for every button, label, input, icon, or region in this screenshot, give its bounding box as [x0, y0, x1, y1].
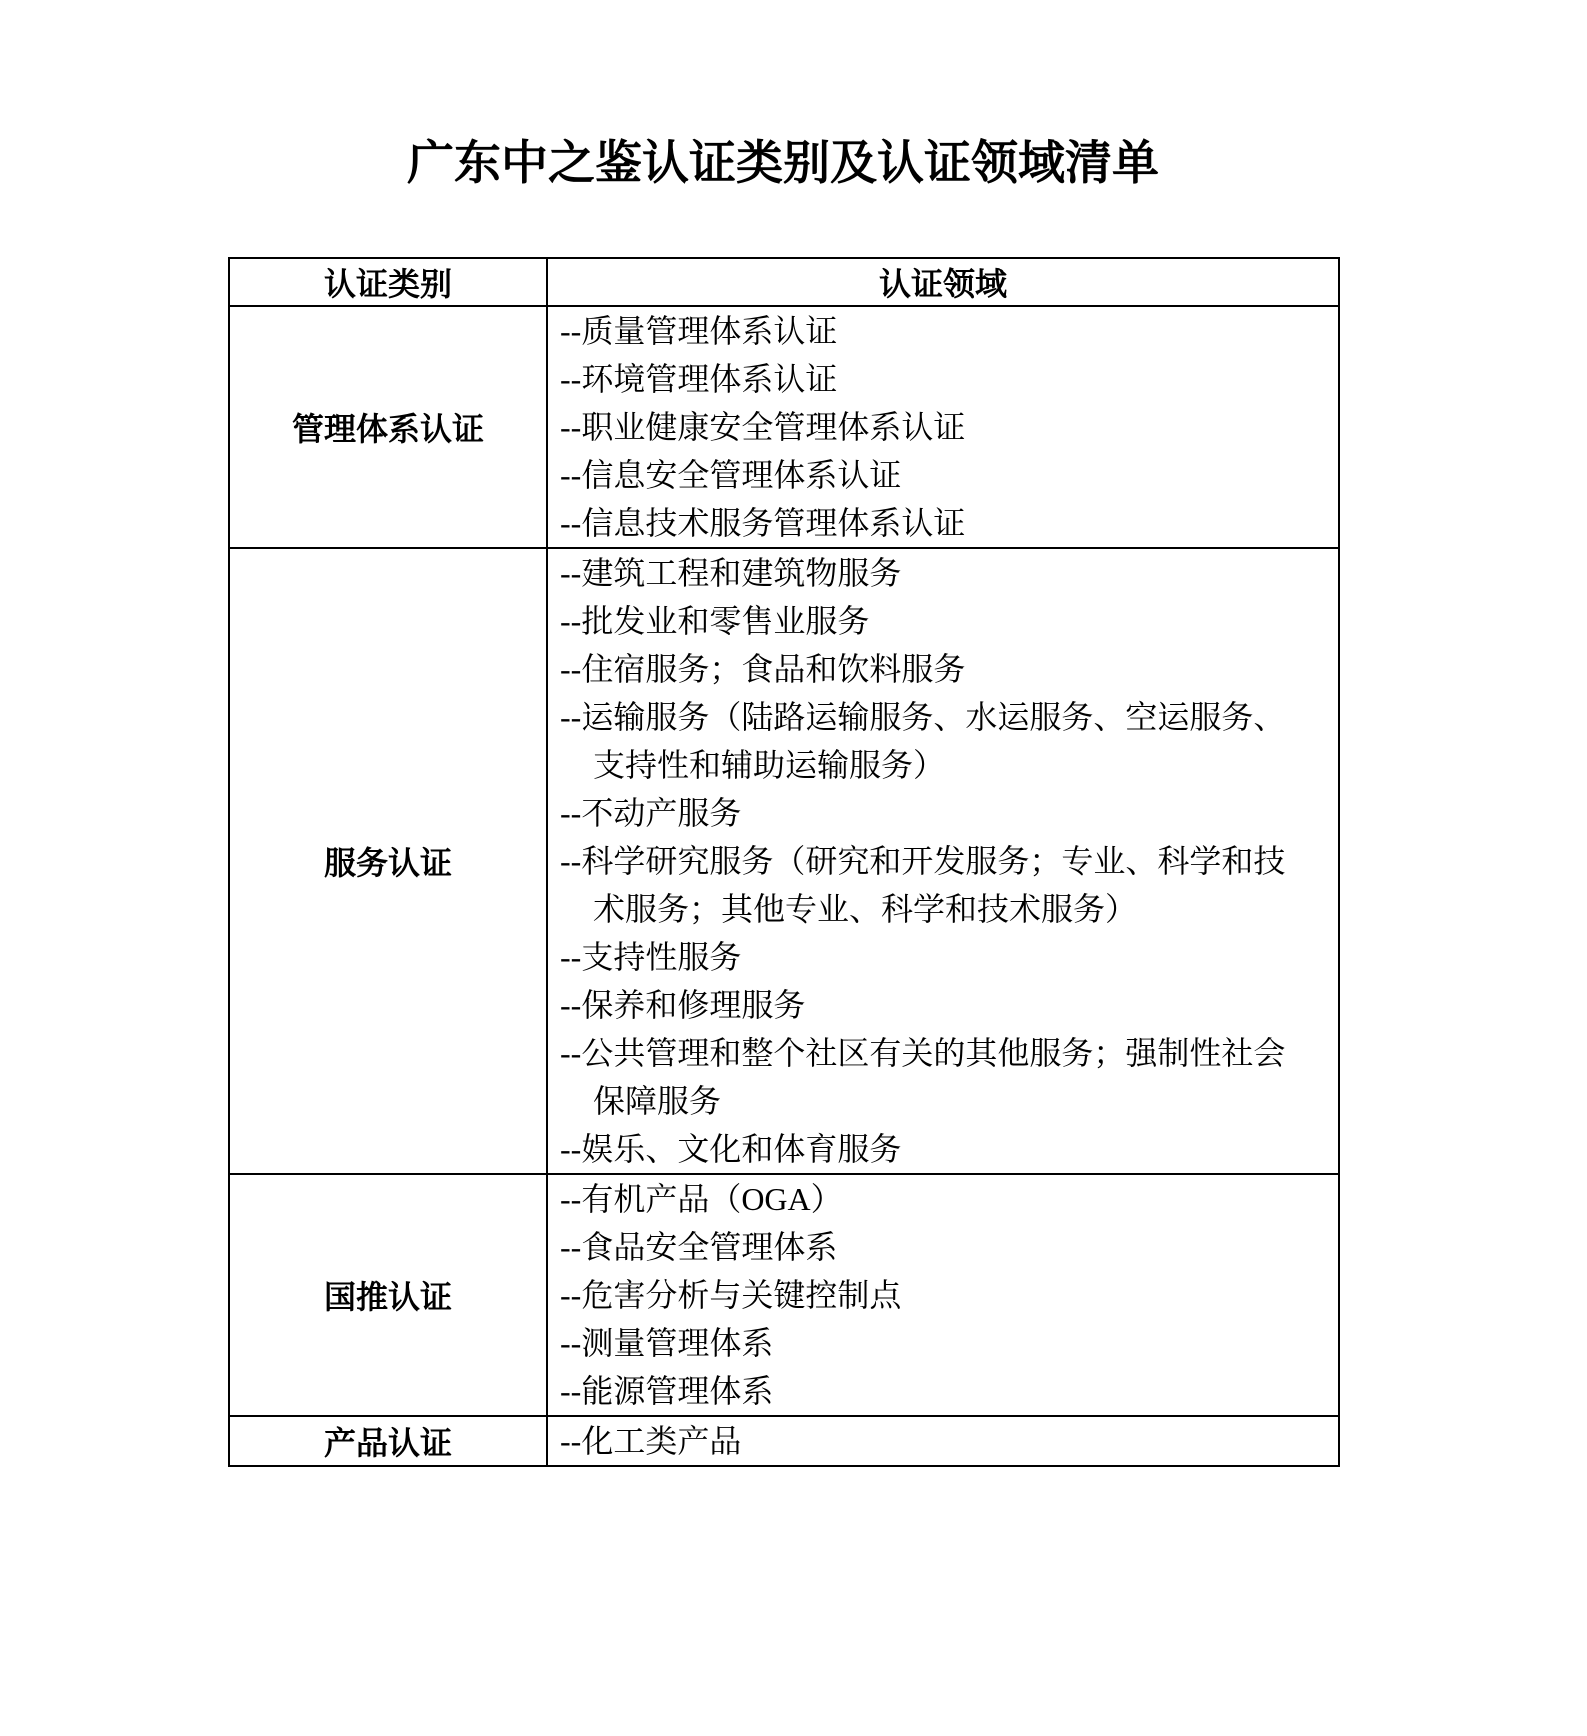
field-item: --化工类产品: [560, 1417, 1328, 1465]
table-row: 产品认证 --化工类产品: [229, 1416, 1339, 1466]
field-cell: --有机产品（OGA）--食品安全管理体系--危害分析与关键控制点--测量管理体…: [547, 1174, 1339, 1416]
category-label: 服务认证: [324, 845, 452, 881]
field-item: --有机产品（OGA）: [560, 1175, 1328, 1223]
table-header-row: 认证类别 认证领域: [229, 258, 1339, 306]
field-cell: --化工类产品: [547, 1416, 1339, 1466]
column-header-field: 认证领域: [547, 258, 1339, 306]
field-item: --保养和修理服务: [560, 981, 1328, 1029]
category-cell: 服务认证: [229, 548, 547, 1174]
field-item: --运输服务（陆路运输服务、水运服务、空运服务、 支持性和辅助运输服务）: [560, 693, 1328, 789]
table-row: 管理体系认证 --质量管理体系认证--环境管理体系认证--职业健康安全管理体系认…: [229, 306, 1339, 548]
field-item: --质量管理体系认证: [560, 307, 1328, 355]
page-title: 广东中之鉴认证类别及认证领域清单: [228, 135, 1338, 193]
document-page: 广东中之鉴认证类别及认证领域清单 认证类别 认证领域 管理体系认证 --质量管理…: [228, 135, 1338, 1467]
field-item: --科学研究服务（研究和开发服务；专业、科学和技 术服务；其他专业、科学和技术服…: [560, 837, 1328, 933]
field-item: --食品安全管理体系: [560, 1223, 1328, 1271]
field-cell: --质量管理体系认证--环境管理体系认证--职业健康安全管理体系认证--信息安全…: [547, 306, 1339, 548]
field-item: --支持性服务: [560, 933, 1328, 981]
field-cell: --建筑工程和建筑物服务--批发业和零售业服务--住宿服务；食品和饮料服务--运…: [547, 548, 1339, 1174]
field-item: --职业健康安全管理体系认证: [560, 403, 1328, 451]
certification-table: 认证类别 认证领域 管理体系认证 --质量管理体系认证--环境管理体系认证--职…: [228, 257, 1340, 1467]
field-item: --住宿服务；食品和饮料服务: [560, 645, 1328, 693]
field-item: --信息安全管理体系认证: [560, 451, 1328, 499]
table-row: 国推认证 --有机产品（OGA）--食品安全管理体系--危害分析与关键控制点--…: [229, 1174, 1339, 1416]
category-label: 管理体系认证: [292, 411, 484, 447]
field-item: --测量管理体系: [560, 1319, 1328, 1367]
category-cell: 产品认证: [229, 1416, 547, 1466]
field-item: --建筑工程和建筑物服务: [560, 549, 1328, 597]
field-item: --能源管理体系: [560, 1367, 1328, 1415]
field-item: --公共管理和整个社区有关的其他服务；强制性社会 保障服务: [560, 1029, 1328, 1125]
field-item: --信息技术服务管理体系认证: [560, 499, 1328, 547]
field-item: --不动产服务: [560, 789, 1328, 837]
category-cell: 国推认证: [229, 1174, 547, 1416]
category-cell: 管理体系认证: [229, 306, 547, 548]
category-label: 国推认证: [324, 1279, 452, 1315]
field-item: --批发业和零售业服务: [560, 597, 1328, 645]
table-body: 管理体系认证 --质量管理体系认证--环境管理体系认证--职业健康安全管理体系认…: [229, 306, 1339, 1466]
field-item: --环境管理体系认证: [560, 355, 1328, 403]
category-label: 产品认证: [324, 1425, 452, 1461]
field-item: --娱乐、文化和体育服务: [560, 1125, 1328, 1173]
field-item: --危害分析与关键控制点: [560, 1271, 1328, 1319]
column-header-category: 认证类别: [229, 258, 547, 306]
table-row: 服务认证 --建筑工程和建筑物服务--批发业和零售业服务--住宿服务；食品和饮料…: [229, 548, 1339, 1174]
